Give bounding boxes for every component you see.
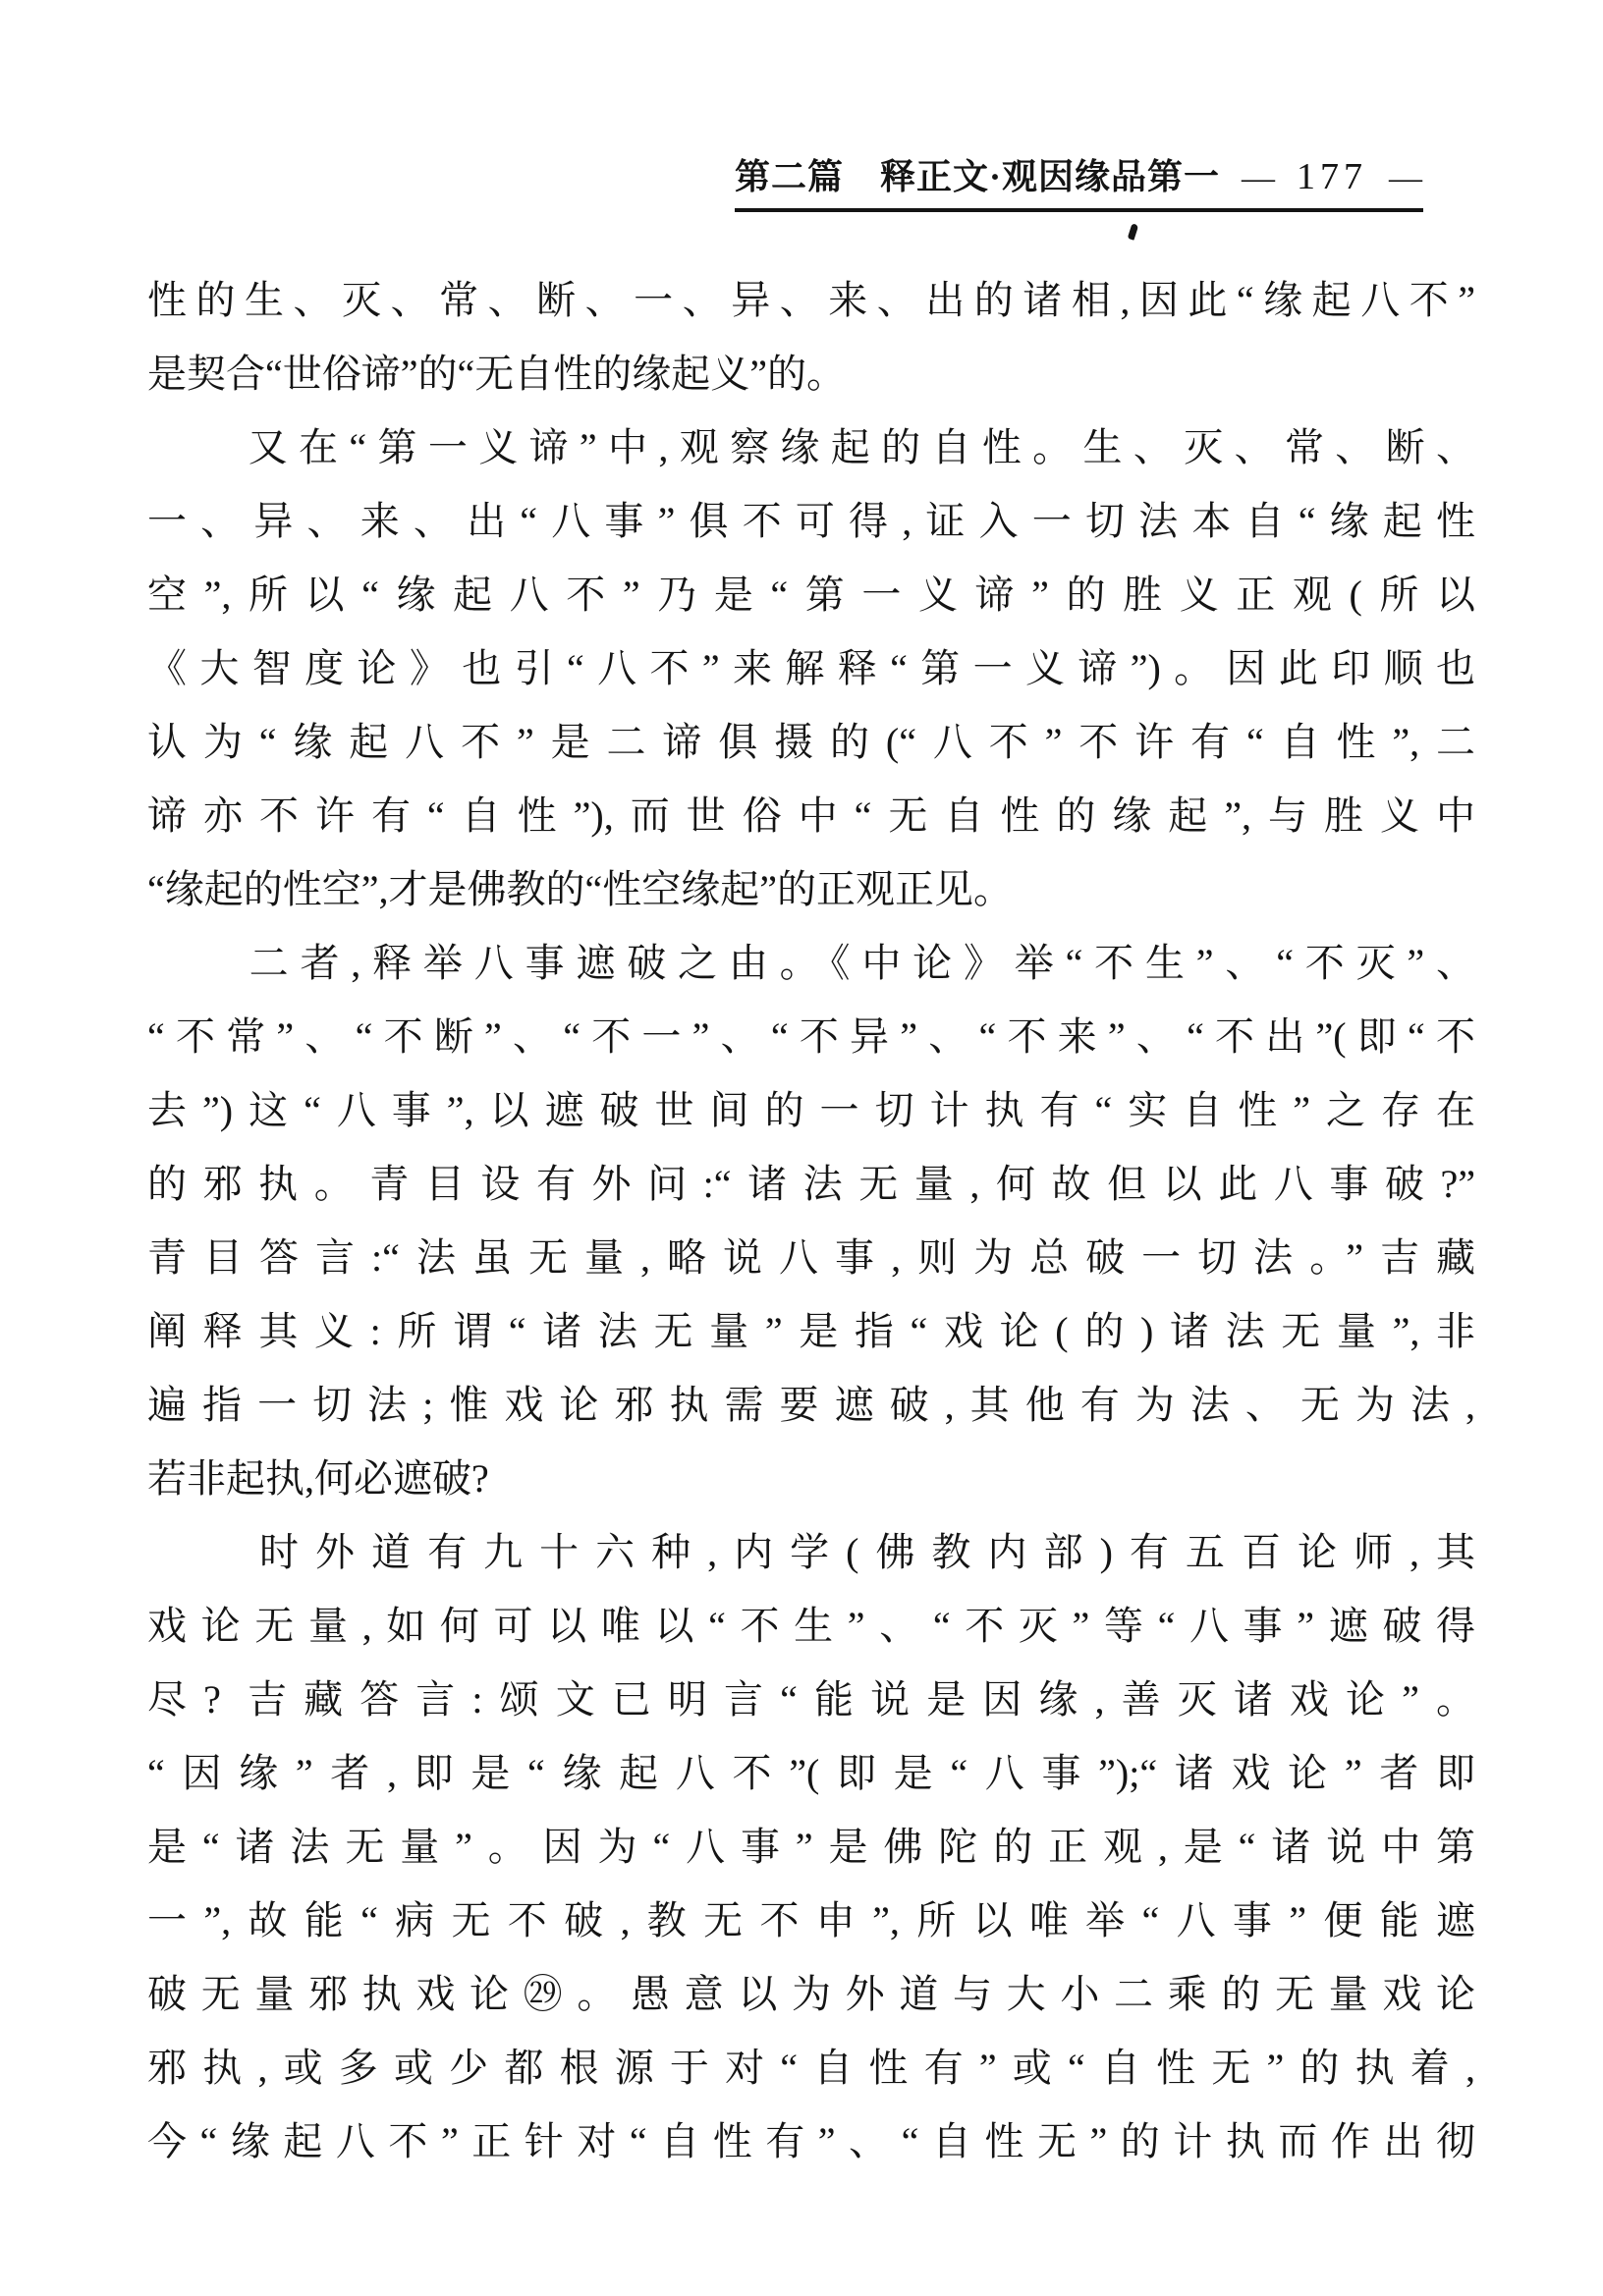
text-line: “缘起的性空”,才是佛教的“性空缘起”的正观正见。 <box>147 852 1475 926</box>
text-line: 谛亦不许有“自性”),而世俗中“无自性的缘起”,与胜义中 <box>147 779 1475 852</box>
text-line: 认为“缘起八不”是二谛俱摄的(“八不”不许有“自性”,二 <box>147 705 1475 779</box>
folio-dash-left: — <box>1242 157 1275 200</box>
text-line: 阐释其义:所谓“诸法无量”是指“戏论(的)诸法无量”,非 <box>147 1294 1475 1368</box>
text-line: 二者,释举八事遮破之由。《中论》举“不生”、“不灭”、 <box>147 926 1475 1000</box>
text-line: 一、异、来、出“八事”俱不可得,证入一切法本自“缘起性 <box>147 484 1475 558</box>
text-line: “因缘”者,即是“缘起八不”(即是“八事”);“诸戏论”者即 <box>147 1736 1475 1810</box>
text-line: 的邪执。青目设有外问:“诸法无量,何故但以此八事破?” <box>147 1147 1475 1221</box>
text-line: “不常”、“不断”、“不一”、“不异”、“不来”、“不出”(即“不 <box>147 1000 1475 1073</box>
text-line: 又在“第一义谛”中,观察缘起的自性。生、灭、常、断、 <box>147 410 1475 484</box>
text-line: 破无量邪执戏论㉙。愚意以为外道与大小二乘的无量戏论 <box>147 1957 1475 2031</box>
text-line: 尽? 吉藏答言:颂文已明言“能说是因缘,善灭诸戏论”。 <box>147 1663 1475 1736</box>
text-line: 空”,所以“缘起八不”乃是“第一义谛”的胜义正观(所以 <box>147 558 1475 631</box>
running-head-title: 第二篇 释正文·观因缘品第一 <box>735 155 1220 198</box>
page-header: 第二篇 释正文·观因缘品第一 — 177 — <box>735 155 1422 200</box>
text-line: 时外道有九十六种,内学(佛教内部)有五百论师,其 <box>147 1515 1475 1589</box>
page-number: 177 <box>1297 155 1367 198</box>
text-line: 一”,故能“病无不破,教无不申”,所以唯举“八事”便能遮 <box>147 1884 1475 1957</box>
folio-dash-right: — <box>1389 157 1422 200</box>
text-line: 是“诸法无量”。因为“八事”是佛陀的正观,是“诸说中第 <box>147 1810 1475 1884</box>
scan-speck-artifact <box>1128 223 1139 240</box>
text-line: 戏论无量,如何可以唯以“不生”、“不灭”等“八事”遮破得 <box>147 1589 1475 1663</box>
text-line: 邪执,或多或少都根源于对“自性有”或“自性无”的执着, <box>147 2031 1475 2105</box>
body-text: 性的生、灭、常、断、一、异、来、出的诸相,因此“缘起八不” 是契合“世俗谛”的“… <box>147 263 1475 2178</box>
header-rule <box>735 208 1423 212</box>
text-line: 是契合“世俗谛”的“无自性的缘起义”的。 <box>147 337 1475 410</box>
text-line: 性的生、灭、常、断、一、异、来、出的诸相,因此“缘起八不” <box>147 263 1475 337</box>
text-line: 《大智度论》也引“八不”来解释“第一义谛”)。因此印顺也 <box>147 631 1475 705</box>
text-line: 若非起执,何必遮破? <box>147 1442 1475 1515</box>
page-folio: — 177 — <box>1242 155 1422 200</box>
text-line: 去”)这“八事”,以遮破世间的一切计执有“实自性”之存在 <box>147 1073 1475 1147</box>
text-line: 今“缘起八不”正针对“自性有”、“自性无”的计执而作出彻 <box>147 2105 1475 2178</box>
text-line: 遍指一切法;惟戏论邪执需要遮破,其他有为法、无为法, <box>147 1368 1475 1442</box>
text-line: 青目答言:“法虽无量,略说八事,则为总破一切法。”吉藏 <box>147 1221 1475 1294</box>
book-page: 第二篇 释正文·观因缘品第一 — 177 — 性的生、灭、常、断、一、异、来、出… <box>0 0 1603 2296</box>
